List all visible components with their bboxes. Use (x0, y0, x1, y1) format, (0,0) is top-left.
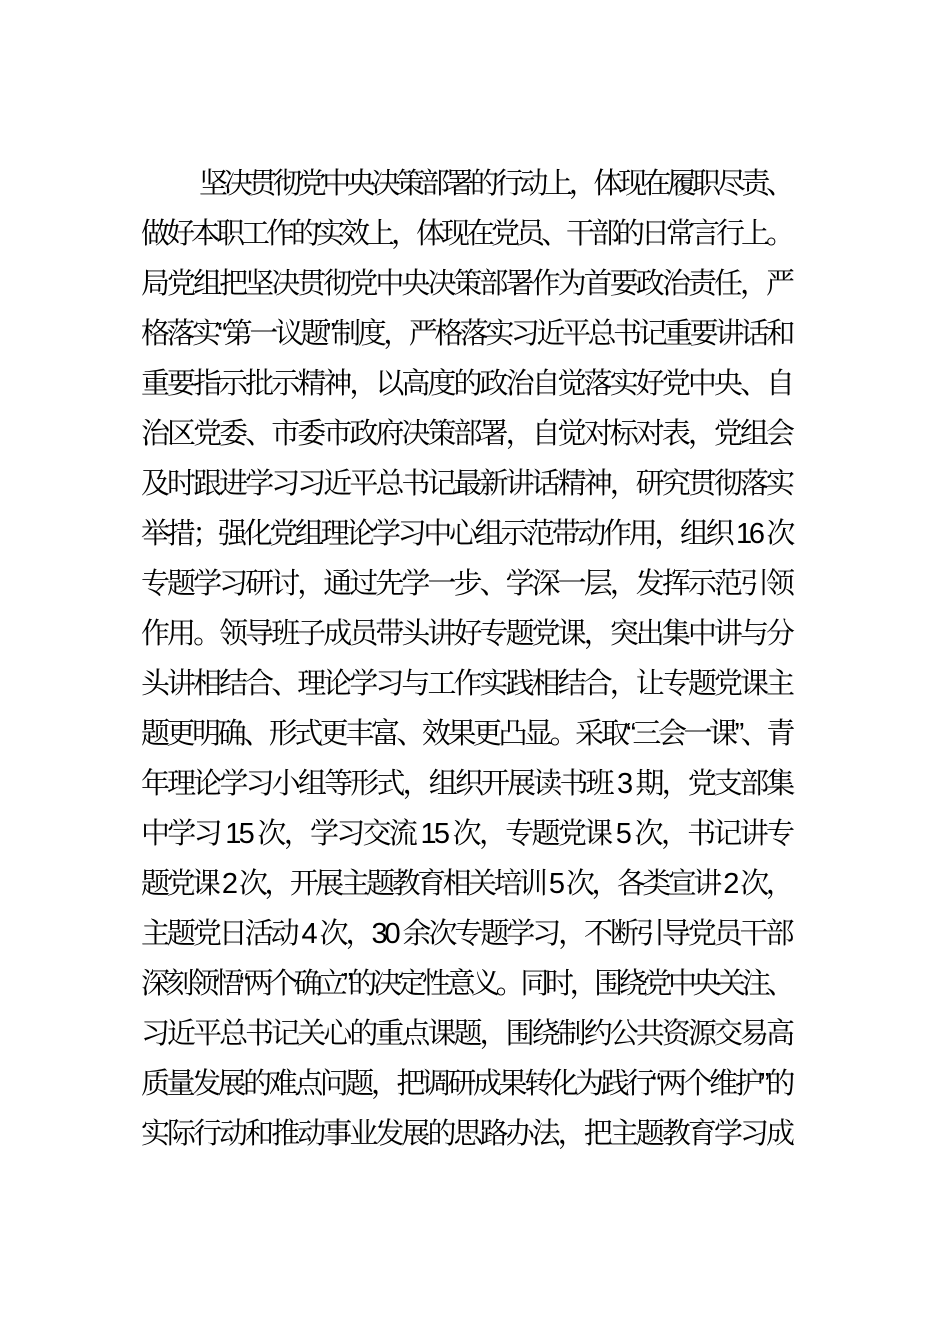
text-line-3: 局党组把坚决贯彻党中央决策部署作为首要政治责任，严 (141, 259, 795, 309)
text-line-7: 及时跟进学习习近平总书记最新讲话精神，研究贯彻落实 (141, 459, 795, 509)
text-line-5: 重要指示批示精神，以高度的政治自觉落实好党中央、自 (141, 359, 795, 409)
text-line-11: 头讲相结合、理论学习与工作实践相结合，让专题党课主 (141, 659, 795, 709)
text-line-15: 题党课 2 次，开展主题教育相关培训 5 次，各类宣讲 2 次， (141, 859, 795, 909)
document-page: 坚决贯彻党中央决策部署的行动上，体现在履职尽责、做好本职工作的实效上，体现在党员… (0, 0, 950, 1344)
body-paragraph: 坚决贯彻党中央决策部署的行动上，体现在履职尽责、做好本职工作的实效上，体现在党员… (141, 159, 795, 1159)
text-line-1: 坚决贯彻党中央决策部署的行动上，体现在履职尽责、 (141, 159, 795, 209)
text-line-16: 主题党日活动 4 次，30 余次专题学习，不断引导党员干部 (141, 909, 795, 959)
text-line-12: 题更明确、形式更丰富、效果更凸显。采取“三会一课”、青 (141, 709, 795, 759)
text-line-6: 治区党委、市委市政府决策部署，自觉对标对表，党组会 (141, 409, 795, 459)
text-line-8: 举措；强化党组理论学习中心组示范带动作用，组织 16 次 (141, 509, 795, 559)
text-line-2: 做好本职工作的实效上，体现在党员、干部的日常言行上。 (141, 209, 795, 259)
text-line-4: 格落实“第一议题”制度，严格落实习近平总书记重要讲话和 (141, 309, 795, 359)
text-line-20: 实际行动和推动事业发展的思路办法，把主题教育学习成 (141, 1109, 795, 1159)
text-line-14: 中学习 15 次，学习交流 15 次，专题党课 5 次，书记讲专 (141, 809, 795, 859)
text-line-10: 作用。领导班子成员带头讲好专题党课，突出集中讲与分 (141, 609, 795, 659)
text-line-18: 习近平总书记关心的重点课题，围绕制约公共资源交易高 (141, 1009, 795, 1059)
text-line-17: 深刻领悟“两个确立”的决定性意义。同时，围绕党中央关注、 (141, 959, 795, 1009)
text-line-13: 年理论学习小组等形式，组织开展读书班 3 期，党支部集 (141, 759, 795, 809)
text-line-19: 质量发展的难点问题，把调研成果转化为践行“两个维护”的 (141, 1059, 795, 1109)
text-line-9: 专题学习研讨，通过先学一步、学深一层，发挥示范引领 (141, 559, 795, 609)
